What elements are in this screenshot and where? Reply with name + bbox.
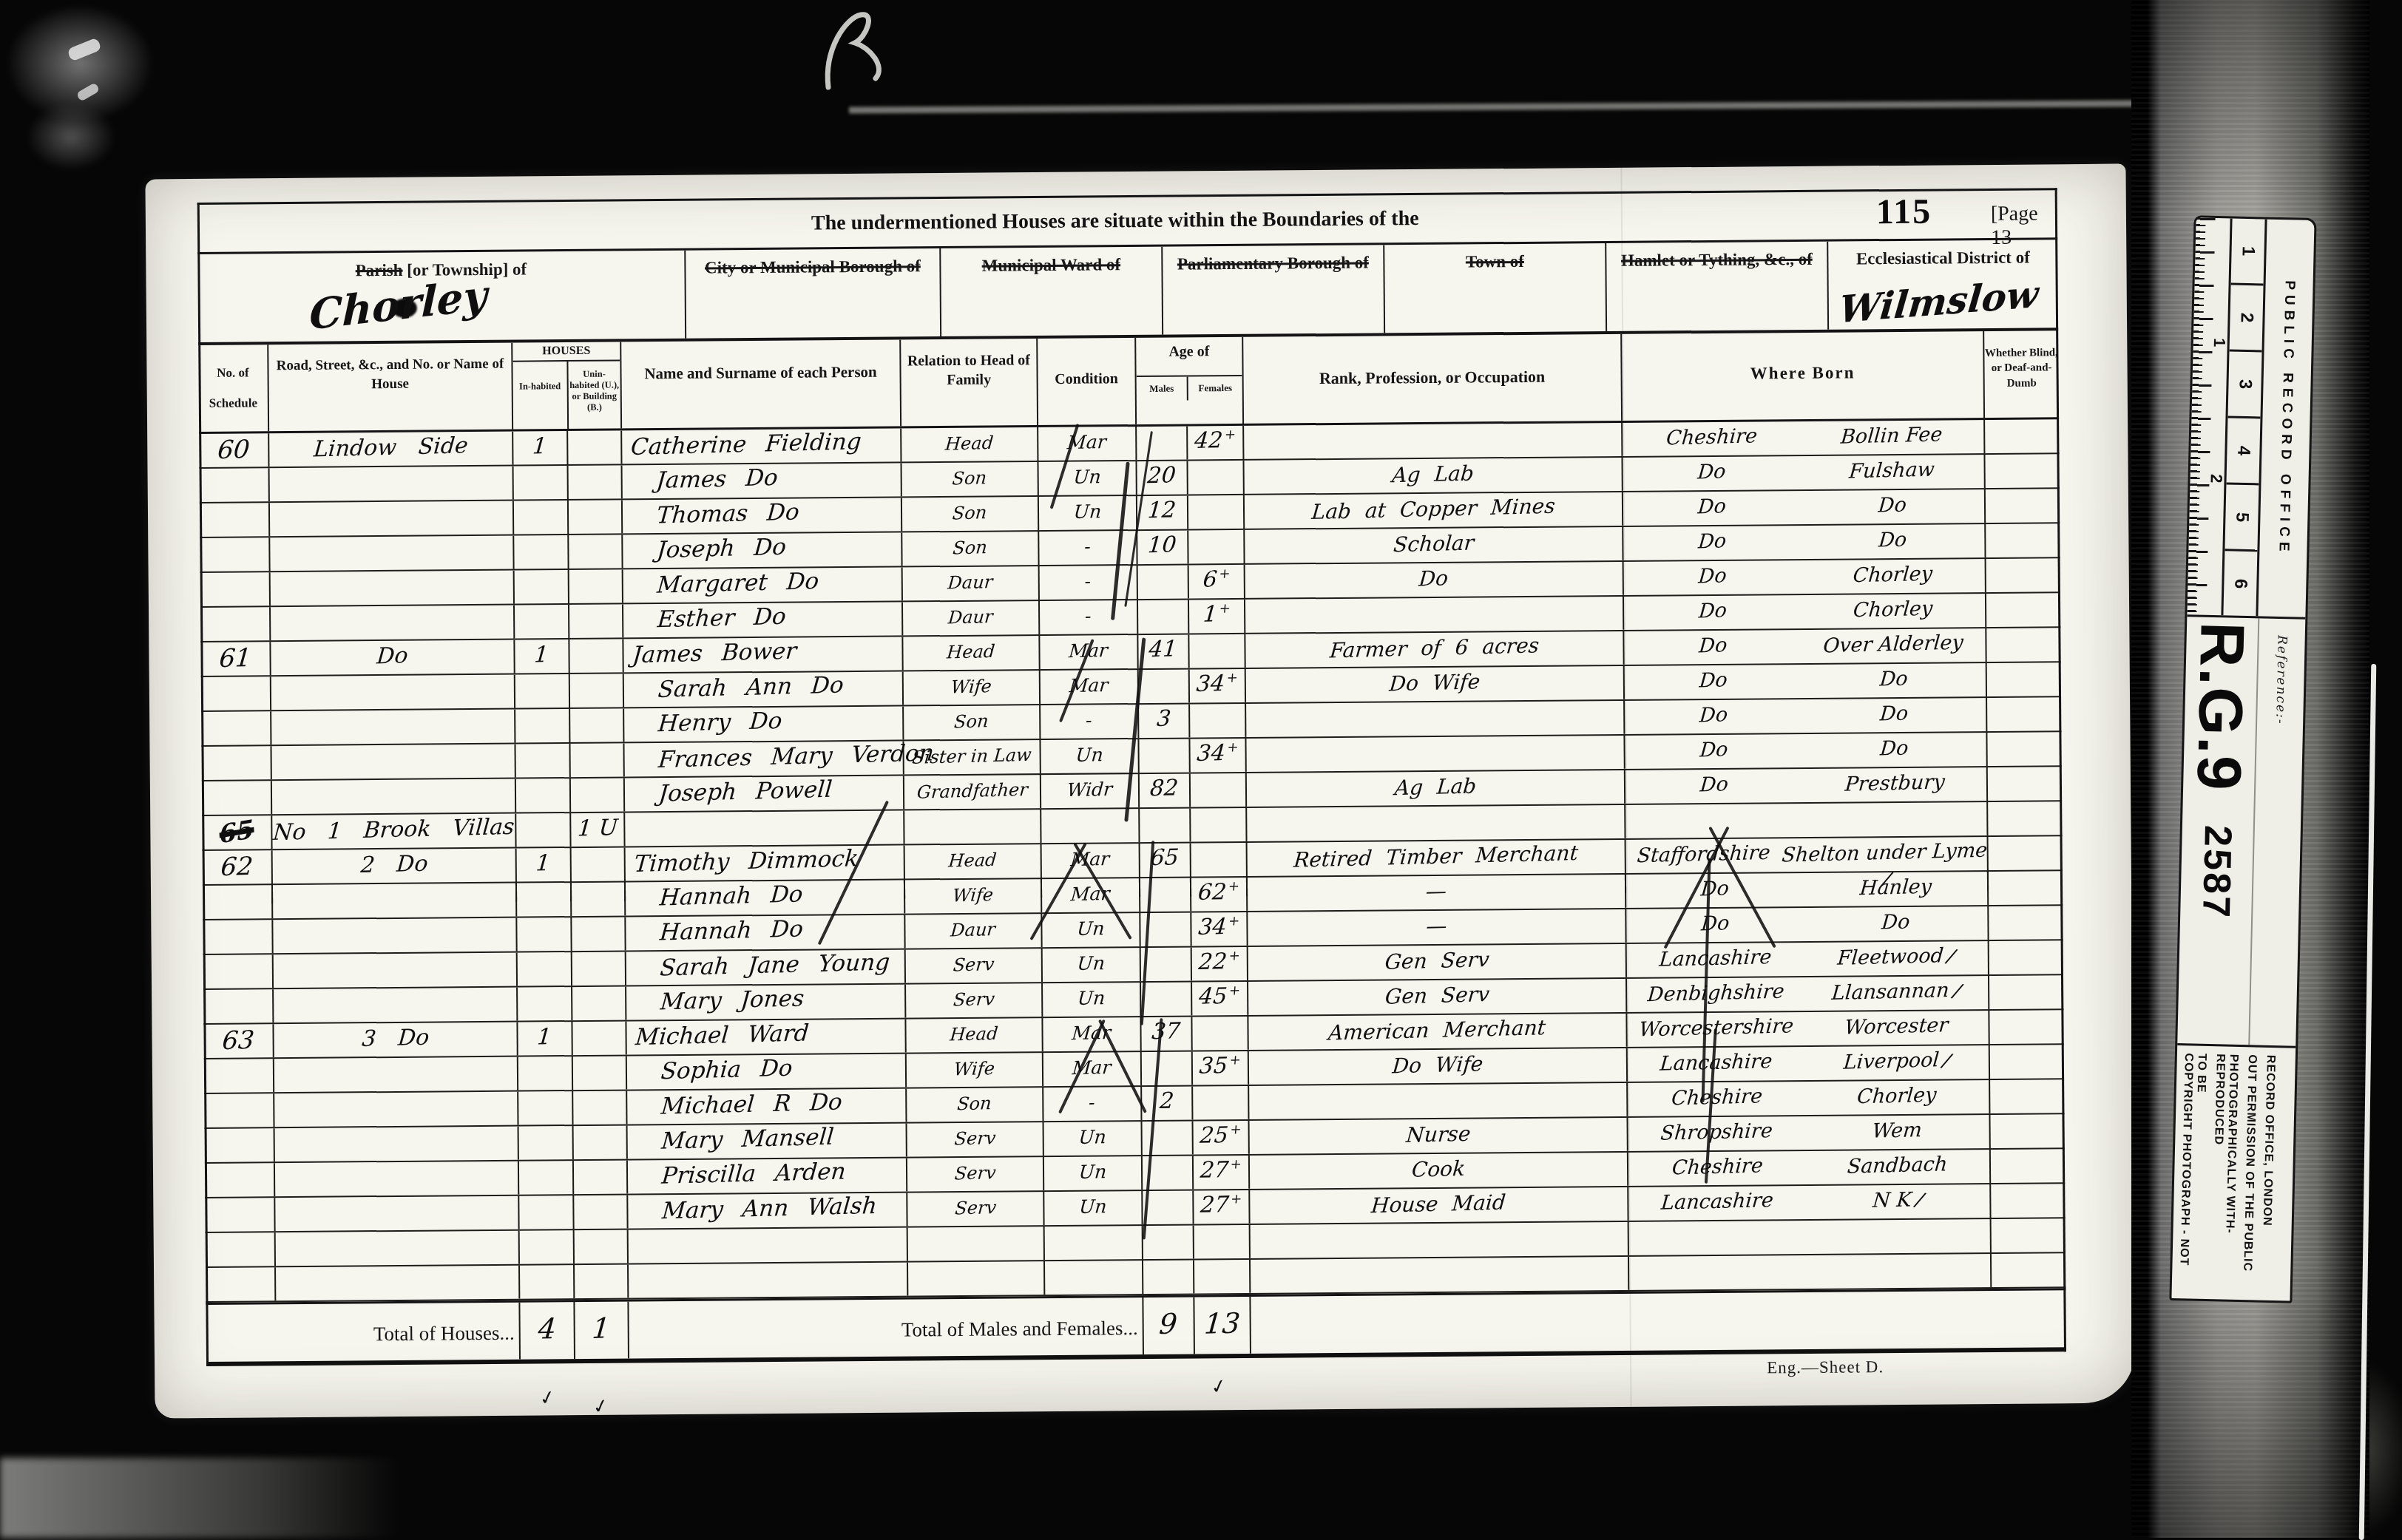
- inhabited-cell: [519, 1161, 574, 1195]
- age-males-cell: [1139, 669, 1190, 703]
- uninhabited-cell: [569, 604, 623, 638]
- name-cell: Michael Ward: [626, 1019, 906, 1054]
- where-born-cell: DoDo: [1626, 906, 1989, 943]
- condition-cell: Mar: [1038, 427, 1137, 461]
- born-county: Shropshire: [1628, 1116, 1805, 1151]
- relation-cell: Daur: [903, 566, 1040, 600]
- born-county: Do: [1623, 456, 1800, 491]
- condition-cell: -: [1039, 531, 1137, 565]
- where-born-cell: [1629, 1219, 1992, 1255]
- relation-cell: [908, 1261, 1045, 1295]
- occupation-cell: —: [1248, 909, 1626, 946]
- born-county: Lancashire: [1628, 1186, 1806, 1221]
- born-place: Sandbach: [1806, 1150, 1989, 1184]
- schedule-cell: [204, 1093, 274, 1127]
- born-place: Worcester: [1804, 1011, 1988, 1045]
- copyright-line: RECORD OFFICE, LONDON: [2259, 1055, 2277, 1284]
- age-females-cell: 1+: [1189, 600, 1245, 634]
- film-scratch: [818, 4, 907, 93]
- where-born-cell: CheshireBollin Fee: [1623, 420, 1985, 456]
- name-cell: Sarah Jane Young: [626, 949, 906, 985]
- born-place: Chorley: [1801, 559, 1985, 594]
- born-county: Do: [1625, 769, 1803, 804]
- occupation-cell: Nurse: [1250, 1118, 1628, 1154]
- age-males-cell: [1141, 982, 1192, 1016]
- age-males-cell: [1138, 600, 1189, 634]
- census-sheet: The undermentioned Houses are situate wi…: [145, 164, 2135, 1419]
- total-houses-uninhabited: 1: [591, 1312, 612, 1345]
- born-county: Do: [1625, 734, 1802, 769]
- infirmity-cell: [1990, 1045, 2064, 1079]
- born-place: Liverpool/: [1805, 1045, 1989, 1080]
- district-value: Wilmslow: [1837, 271, 2040, 333]
- name-cell: Sarah Ann Do: [624, 672, 904, 708]
- born-county: Lancashire: [1628, 1047, 1805, 1082]
- infirmity-cell: [1986, 489, 2060, 523]
- born-county: [1629, 1255, 1807, 1290]
- total-houses-label: Total of Houses...: [276, 1303, 518, 1347]
- infirmity-cell: [1991, 1149, 2065, 1183]
- born-county: Do: [1623, 491, 1801, 526]
- film-blotch: [27, 104, 115, 170]
- born-county: Do: [1625, 699, 1802, 734]
- schedule-cell: 61: [200, 642, 271, 676]
- infirmity-cell: [1986, 523, 2060, 557]
- road-cell: [275, 1127, 519, 1162]
- uninhabited-cell: [568, 430, 622, 464]
- check-stroke: /: [1951, 980, 1963, 1003]
- road-cell: [275, 1161, 519, 1197]
- age-females-cell: 42+: [1188, 426, 1244, 460]
- schedule-cell: [201, 676, 271, 710]
- infirmity-cell: [1986, 593, 2060, 627]
- uninhabited-cell: [570, 674, 624, 708]
- where-born-cell: DoFulshaw: [1623, 455, 1985, 491]
- name-cell: Catherine Fielding: [622, 429, 901, 464]
- road-cell: [274, 1057, 518, 1093]
- name-cell: Michael R Do: [627, 1088, 907, 1124]
- name-cell: Hannah Do: [626, 915, 905, 951]
- age-males-cell: 12: [1137, 495, 1188, 529]
- uninhabited-cell: [573, 1090, 627, 1125]
- where-born-cell: CheshireSandbach: [1628, 1150, 1991, 1186]
- born-place: N K/: [1806, 1184, 1989, 1219]
- condition-cell: Un: [1041, 739, 1139, 773]
- born-place: Chorley: [1805, 1080, 1989, 1115]
- road-cell: [274, 953, 518, 988]
- born-place: Do: [1801, 489, 1984, 524]
- age-females-cell: 35+: [1193, 1051, 1249, 1085]
- location-band: Parish [or Township] of Chorley City or …: [197, 240, 2058, 345]
- condition-cell: -: [1043, 1087, 1142, 1121]
- name-cell: Hannah Do: [626, 881, 905, 916]
- office-label: PUBLIC RECORD OFFICE: [2275, 280, 2297, 557]
- col-header-houses: HOUSES In-habited Unin-habited (U.), or …: [512, 342, 622, 429]
- schedule-cell: 63: [203, 1024, 274, 1058]
- where-born-cell: ShropshireWem: [1628, 1115, 1990, 1151]
- inhabited-cell: 1: [515, 640, 569, 674]
- name-cell: Frances Mary Verdon: [624, 742, 904, 777]
- uninhabited-cell: [574, 1160, 628, 1194]
- inhabited-cell: [515, 744, 570, 778]
- total-males: 9: [1158, 1307, 1179, 1340]
- schedule-cell: [200, 537, 270, 571]
- age-males-cell: [1143, 1190, 1194, 1224]
- location-cell-parish: Parish [or Township] of Chorley: [197, 251, 686, 342]
- schedule-cell: [200, 607, 271, 641]
- page-title: The undermentioned Houses are situate wi…: [811, 207, 1419, 235]
- location-cell-ward: Municipal Ward of: [941, 247, 1163, 336]
- uninhabited-cell: [570, 708, 624, 742]
- inhabited-cell: [518, 952, 572, 986]
- born-place: Do: [1802, 663, 1986, 698]
- name-cell: [629, 1227, 908, 1263]
- born-place: Wem: [1805, 1115, 1989, 1150]
- infirmity-cell: [1989, 940, 2063, 974]
- age-males-cell: [1138, 565, 1189, 599]
- age-males-cell: [1140, 808, 1191, 842]
- born-county: Do: [1625, 665, 1802, 699]
- age-males-cell: [1143, 1260, 1194, 1294]
- age-females-cell: [1188, 461, 1244, 495]
- born-county: [1629, 1221, 1807, 1255]
- inhabited-cell: [520, 1230, 575, 1264]
- infirmity-cell: [1988, 767, 2062, 801]
- inhabited-cell: [519, 1195, 574, 1229]
- total-females: 13: [1203, 1307, 1242, 1340]
- schedule-cell: [205, 1198, 275, 1232]
- road-cell: [272, 779, 516, 815]
- office-label-wrap: PUBLIC RECORD OFFICE: [2258, 220, 2314, 617]
- road-cell: [271, 675, 515, 710]
- inhabited-cell: [516, 779, 571, 813]
- relation-cell: [904, 810, 1041, 844]
- occupation-cell: —: [1248, 875, 1626, 911]
- relation-cell: [908, 1227, 1045, 1261]
- name-cell: Mary Jones: [626, 984, 906, 1020]
- infirmity-cell: [1992, 1253, 2066, 1287]
- relation-cell: Son: [904, 705, 1041, 739]
- age-males-cell: 82: [1140, 773, 1191, 807]
- schedule-cell: [200, 572, 271, 606]
- condition-cell: Un: [1043, 948, 1141, 982]
- name-cell: Henry Do: [624, 707, 904, 742]
- inhabited-cell: [514, 466, 569, 500]
- born-county: Do: [1624, 630, 1801, 665]
- copyright-line: COPYRIGHT PHOTOGRAPH - NOT TO BE: [2176, 1053, 2208, 1283]
- inhabited-cell: [518, 1056, 573, 1090]
- road-cell: [273, 883, 517, 919]
- born-place: [1807, 1219, 1990, 1254]
- inhabited-cell: [518, 987, 572, 1021]
- born-county: Do: [1626, 873, 1804, 908]
- uninhabited-cell: [569, 569, 623, 603]
- inhabited-cell: [517, 883, 572, 917]
- name-cell: Sophia Do: [627, 1054, 907, 1089]
- occupation-cell: [1244, 423, 1623, 459]
- occupation-cell: Do Wife: [1246, 666, 1625, 702]
- inhabited-cell: 1: [513, 431, 568, 465]
- occupation-cell: Ag Lab: [1244, 458, 1623, 494]
- name-cell: Margaret Do: [623, 568, 903, 603]
- age-females-cell: 22+: [1192, 947, 1248, 981]
- relation-cell: Son: [902, 462, 1039, 496]
- where-born-cell: DoDo: [1625, 663, 1987, 699]
- schedule-cell: [205, 1163, 275, 1197]
- film-streak: [849, 100, 2136, 113]
- where-born-cell: DenbighshireLlansannan/: [1627, 976, 1989, 1012]
- inhabited-cell: [515, 570, 569, 604]
- age-males-cell: [1142, 1051, 1193, 1085]
- road-cell: [271, 710, 515, 745]
- schedule-cell: [204, 1059, 274, 1093]
- col-header-males: Males: [1137, 376, 1187, 401]
- where-born-cell: DoOver Alderley: [1624, 628, 1986, 665]
- age-males-cell: 41: [1138, 634, 1189, 668]
- occupation-cell: [1251, 1257, 1629, 1293]
- condition-cell: Widr: [1041, 774, 1140, 808]
- age-females-cell: [1194, 1260, 1251, 1294]
- infirmity-cell: [1990, 1079, 2064, 1113]
- uninhabited-cell: [572, 882, 626, 916]
- born-place: Bollin Fee: [1800, 420, 1983, 455]
- uninhabited-cell: [569, 535, 623, 569]
- condition-cell: -: [1040, 600, 1138, 634]
- ruler-inch-number: 1: [2210, 338, 2229, 347]
- occupation-cell: American Merchant: [1248, 1014, 1627, 1050]
- condition-cell: Un: [1039, 461, 1137, 495]
- born-place: Chorley: [1801, 594, 1985, 628]
- name-cell: Mary Ann Walsh: [628, 1193, 907, 1228]
- born-place: [1803, 802, 1986, 837]
- occupation-cell: [1246, 701, 1625, 737]
- schedule-cell: [206, 1267, 276, 1301]
- uninhabited-cell: [571, 778, 625, 812]
- uninhabited-cell: [569, 465, 623, 499]
- where-born-cell: CheshireChorley: [1628, 1080, 1990, 1116]
- born-county: Do: [1623, 526, 1801, 560]
- uninhabited-cell: 1 U: [571, 813, 625, 847]
- occupation-cell: Farmer of 6 acres: [1245, 631, 1624, 668]
- totals-band: Total of Houses... 4 1 Total of Males an…: [206, 1288, 2066, 1366]
- inhabited-cell: 1: [518, 1022, 572, 1056]
- age-males-cell: [1141, 947, 1192, 981]
- microfilm-scan: { "header": { "title": "The undermention…: [0, 0, 2402, 1538]
- condition-cell: Mar: [1043, 1052, 1142, 1086]
- infirmity-cell: [1987, 732, 2061, 766]
- born-county: Cheshire: [1628, 1151, 1806, 1186]
- schedule-cell: [200, 503, 270, 537]
- where-born-cell: DoChorley: [1624, 559, 1986, 595]
- relation-cell: Daur: [903, 601, 1040, 635]
- where-born-cell: [1629, 1254, 1992, 1290]
- infirmity-cell: [1986, 558, 2060, 592]
- relation-cell: Wife: [905, 879, 1042, 913]
- infirmity-cell: [1987, 662, 2061, 696]
- where-born-cell: DoPrestbury: [1625, 767, 1988, 804]
- infirmity-cell: [1989, 871, 2063, 905]
- age-females-cell: 45+: [1192, 982, 1248, 1016]
- age-females-cell: 27+: [1194, 1190, 1250, 1224]
- age-females-cell: [1188, 530, 1245, 564]
- col-header-condition: Condition: [1038, 338, 1137, 425]
- condition-cell: Un: [1044, 1156, 1143, 1190]
- relation-cell: Son: [902, 532, 1039, 566]
- where-born-cell: DoDo: [1623, 524, 1986, 560]
- infirmity-cell: [1987, 697, 2061, 731]
- uninhabited-cell: [575, 1229, 629, 1263]
- born-county: Do: [1624, 595, 1801, 630]
- relation-cell: Daur: [905, 914, 1042, 948]
- relation-cell: Serv: [907, 1122, 1044, 1156]
- relation-cell: Head: [906, 1018, 1043, 1052]
- copyright-line: REPRODUCED PHOTOGRAPHICALLY WITH-: [2208, 1054, 2240, 1283]
- infirmity-cell: [1989, 975, 2063, 1009]
- uninhabited-cell: [575, 1264, 629, 1298]
- age-females-cell: [1189, 634, 1245, 668]
- name-cell: Thomas Do: [623, 498, 902, 534]
- relation-cell: Head: [901, 427, 1038, 461]
- condition-cell: [1045, 1261, 1143, 1295]
- film-blotch: [6, 4, 154, 123]
- road-cell: [270, 501, 514, 537]
- road-cell: [273, 918, 517, 954]
- age-males-cell: 3: [1139, 704, 1190, 738]
- inhabited-cell: [515, 674, 570, 708]
- infirmity-cell: [1990, 1114, 2064, 1148]
- schedule-cell: [203, 920, 273, 954]
- relation-cell: Head: [903, 636, 1040, 670]
- inhabited-cell: [519, 1126, 574, 1160]
- condition-cell: -: [1041, 705, 1139, 739]
- folio-number: 115: [1876, 191, 1932, 233]
- check-stroke: /: [1914, 1188, 1926, 1212]
- ruler: 1 2 1 2 3 4 5 6 PUBLIC RECORD OFFICE: [2187, 217, 2314, 619]
- relation-cell: Serv: [906, 949, 1043, 983]
- born-place: Prestbury: [1803, 767, 1986, 802]
- born-place: Do: [1804, 906, 1987, 941]
- name-cell: Priscilla Arden: [628, 1158, 907, 1193]
- road-cell: [271, 744, 515, 780]
- public-record-office-card: 1 2 1 2 3 4 5 6 PUBLIC RECORD OFFICE R.G…: [2169, 215, 2316, 1303]
- copyright-block: COPYRIGHT PHOTOGRAPH - NOT TO BE REPRODU…: [2172, 1045, 2296, 1292]
- condition-cell: -: [1040, 566, 1138, 600]
- schedule-cell: [206, 1232, 276, 1266]
- occupation-cell: [1251, 1222, 1629, 1258]
- age-females-cell: [1190, 704, 1246, 738]
- born-place: Over Alderley: [1801, 628, 1985, 663]
- col-header-females: Females: [1187, 376, 1242, 401]
- name-cell: Joseph Powell: [625, 776, 904, 812]
- col-header-where-born: Where Born: [1622, 331, 1985, 421]
- born-county: Cheshire: [1628, 1082, 1805, 1116]
- occupation-cell: Lab at Copper Mines: [1245, 492, 1623, 529]
- schedule-cell: 60: [199, 433, 269, 467]
- age-females-cell: 62+: [1191, 878, 1248, 912]
- infirmity-cell: [1989, 1010, 2063, 1044]
- total-houses-inhabited: 4: [537, 1312, 558, 1346]
- parish-value: Chorley: [309, 269, 488, 342]
- col-header-schedule: No. of Schedule: [198, 345, 269, 432]
- age-females-cell: 6+: [1189, 565, 1245, 599]
- road-cell: No 1 Brook Villas: [272, 814, 516, 849]
- infirmity-cell: [1985, 454, 2059, 488]
- uninhabited-cell: [572, 986, 626, 1020]
- check-stroke: /: [1945, 945, 1957, 969]
- born-place: Fleetwood/: [1804, 941, 1988, 976]
- born-place: Do: [1802, 733, 1986, 767]
- occupation-cell: Gen Serv: [1248, 979, 1627, 1015]
- check-mark: ✓: [537, 1385, 558, 1411]
- relation-cell: Wife: [904, 671, 1041, 705]
- born-place: Fulshaw: [1800, 455, 1983, 489]
- occupation-cell: Gen Serv: [1248, 944, 1627, 980]
- occupation-cell: Do: [1245, 562, 1624, 598]
- age-females-cell: 34+: [1191, 912, 1248, 946]
- condition-cell: Un: [1044, 1191, 1143, 1225]
- name-cell: James Do: [623, 464, 902, 499]
- where-born-cell: DoDo: [1623, 489, 1986, 526]
- age-males-cell: 10: [1137, 530, 1188, 564]
- film-speck: [67, 37, 102, 61]
- occupation-cell: [1247, 805, 1625, 841]
- total-persons-label: Total of Males and Females...: [629, 1298, 1142, 1343]
- relation-cell: Son: [907, 1088, 1043, 1122]
- road-cell: [271, 606, 515, 641]
- where-born-cell: WorcestershireWorcester: [1627, 1011, 1989, 1047]
- relation-cell: Grandfather: [904, 775, 1041, 809]
- infirmity-cell: [1989, 906, 2063, 940]
- age-females-cell: 34+: [1190, 669, 1246, 703]
- inhabited-cell: [520, 1265, 575, 1299]
- series-section: R.G.9 2587 Reference:-: [2177, 617, 2305, 1048]
- location-cell-ecclesiastical: Ecclesiastical District of Wilmslow: [1828, 240, 2058, 329]
- location-cell-borough: City or Municipal Borough of: [686, 248, 941, 339]
- sheet-note: Eng.—Sheet D.: [1767, 1357, 1884, 1377]
- occupation-cell: Ag Lab: [1247, 770, 1625, 807]
- where-born-cell: [1625, 802, 1988, 838]
- uninhabited-cell: [573, 1056, 627, 1090]
- check-stroke: /: [1941, 1049, 1952, 1073]
- col-header-infirmity: Whether Blind, or Deaf-and-Dumb: [1984, 330, 2059, 418]
- uninhabited-cell: [572, 917, 626, 951]
- occupation-cell: Do Wife: [1249, 1048, 1628, 1085]
- schedule-cell: [203, 954, 274, 988]
- born-place: Do: [1802, 698, 1986, 733]
- inhabited-cell: [514, 501, 569, 535]
- name-cell: Joseph Do: [623, 533, 902, 569]
- where-born-cell: LancashireFleetwood/: [1627, 941, 1989, 977]
- column-header-band: No. of Schedule Road, Street, &c., and N…: [198, 330, 2059, 434]
- age-females-cell: [1192, 1017, 1248, 1051]
- uninhabited-cell: [572, 1021, 626, 1055]
- schedule-cell: [201, 746, 271, 780]
- road-cell: Do: [271, 640, 515, 676]
- occupation-cell: House Maid: [1250, 1187, 1628, 1224]
- age-females-cell: [1194, 1225, 1251, 1259]
- road-cell: Lindow Side: [269, 432, 513, 467]
- age-males-cell: [1139, 739, 1190, 773]
- born-place: [1807, 1254, 1990, 1289]
- uninhabited-cell: [574, 1195, 628, 1229]
- location-cell-parliamentary: Parliamentary Borough of: [1163, 245, 1385, 334]
- relation-cell: Sister in Law: [904, 740, 1041, 774]
- born-county: Lancashire: [1627, 943, 1804, 977]
- schedule-cell: [203, 989, 274, 1023]
- occupation-cell: [1245, 597, 1624, 633]
- road-cell: [275, 1196, 519, 1232]
- occupation-cell: [1246, 736, 1625, 772]
